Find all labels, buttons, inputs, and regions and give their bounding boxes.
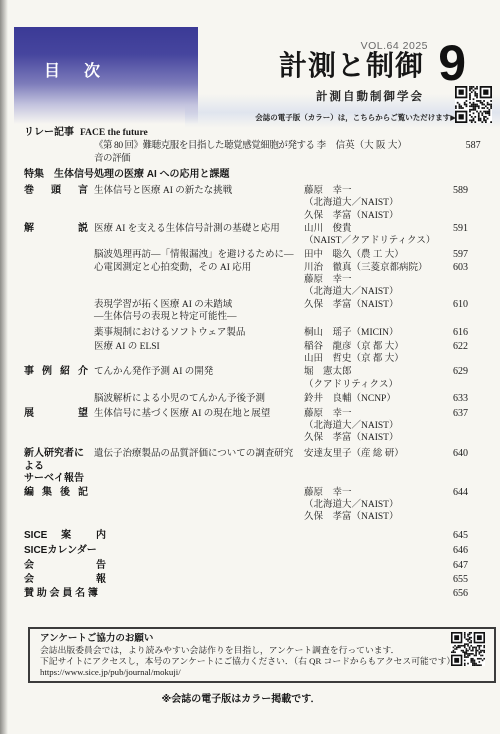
survey-line-1: 会誌出版委員会では，より読みやすい会誌作りを目指し，アンケート調査を行っています… bbox=[40, 645, 442, 656]
toc-page-number: 597 bbox=[440, 249, 468, 262]
toc-authors: 鈴井 良輔（NCNP） bbox=[302, 393, 440, 405]
toc-section-label: 事 例 紹 介 bbox=[24, 366, 88, 379]
publisher-name: 計測自動制御学会 bbox=[316, 88, 424, 104]
issue-number: 9 bbox=[438, 38, 466, 88]
toc-row: 特集 生体信号処理の医療 AI への応用と課題 bbox=[24, 169, 468, 182]
toc-page-number: 656 bbox=[440, 588, 468, 601]
toc-page-number: 645 bbox=[440, 530, 468, 543]
toc-section-label: 賛 助 会 員 名 簿 bbox=[24, 588, 106, 601]
toc-authors: 田中 聡久（農 工 大） bbox=[302, 249, 440, 261]
survey-box: アンケートご協力のお願い 会誌出版委員会では，より読みやすい会誌作りを目指し，ア… bbox=[28, 627, 496, 683]
toc-page-number: 629 bbox=[440, 366, 468, 379]
toc-page-number: 644 bbox=[440, 487, 468, 500]
toc-page-number: 591 bbox=[440, 223, 468, 236]
toc-title: 脳波処理再訪—「情報漏洩」を避けるために— bbox=[88, 249, 302, 262]
toc-section-label: 新人研究者による サーベイ報告 bbox=[24, 448, 88, 486]
toc-row: SICE 案 内 645 bbox=[24, 530, 468, 543]
e-version-note: 会誌の電子版（カラー）は，こちらからご覧いただけます▶ bbox=[255, 112, 456, 123]
toc-row: 解 説 医療 AI を支える生体信号計測の基礎と応用 山川 俊貴 （NAIST／… bbox=[24, 223, 468, 247]
color-edition-note: ※会誌の電子版はカラー掲載です． bbox=[28, 690, 454, 705]
toc-row: 心電図測定と心拍変動，その AI 応用 川治 徹真（三菱京都病院） 藤原 幸一 … bbox=[24, 262, 468, 299]
toc-authors: 安達友里子（産 総 研） bbox=[302, 448, 440, 460]
toc-title: 生体信号と医療 AI の新たな挑戦 bbox=[88, 185, 302, 198]
toc-row: 会 報 655 bbox=[24, 574, 468, 587]
toc-title: 心電図測定と心拍変動，その AI 応用 bbox=[88, 262, 302, 275]
toc-row: 表現学習が拓く医療 AI の未踏域 —生体信号の表現と特定可能性— 久保 孝富（… bbox=[24, 299, 468, 325]
toc-section-label: SICEカレンダー bbox=[24, 545, 106, 558]
toc-row: 《第 80 回》難聴克服を目指した聴覚感覚細胞が発する 音の評価 李 信英（大 … bbox=[24, 140, 468, 166]
qr-code-icon bbox=[451, 632, 485, 666]
survey-title: アンケートご協力のお願い bbox=[40, 633, 442, 645]
toc-row: 展 望 生体信号に基づく医療 AI の現在地と展望 藤原 幸一 （北海道大／NA… bbox=[24, 408, 468, 445]
toc-section-label: SICE 案 内 bbox=[24, 530, 106, 543]
toc-section-label: 巻 頭 言 bbox=[24, 185, 88, 198]
toc-row: 巻 頭 言 生体信号と医療 AI の新たな挑戦 藤原 幸一 （北海道大／NAIS… bbox=[24, 185, 468, 222]
toc-banner: 目 次 bbox=[14, 27, 198, 124]
journal-title: 計測と制御 bbox=[279, 52, 424, 80]
toc-title: 《第 80 回》難聴克服を目指した聴覚感覚細胞が発する 音の評価 bbox=[88, 140, 315, 166]
toc-authors: 藤原 幸一 （北海道大／NAIST） 久保 孝富（NAIST） bbox=[302, 408, 440, 445]
toc-title: 脳波解析による小児のてんかん予後予測 bbox=[88, 393, 302, 406]
survey-url: https://www.sice.jp/pub/journal/mokuji/ bbox=[40, 667, 442, 678]
toc-row: 脳波解析による小児のてんかん予後予測 鈴井 良輔（NCNP） 633 bbox=[24, 393, 468, 406]
toc-authors: 桐山 瑶子（MICIN） bbox=[302, 327, 440, 339]
survey-line-2: 下記サイトにアクセスし，本号のアンケートにご協力ください．（右 QR コードから… bbox=[40, 656, 442, 667]
toc-row: 医療 AI の ELSI 稲谷 龍彦（京 都 大） 山田 哲史（京 都 大） 6… bbox=[24, 341, 468, 365]
toc-section-label: 会 報 bbox=[24, 574, 106, 587]
scan-edge bbox=[0, 0, 8, 734]
page-title: 目 次 bbox=[44, 58, 104, 81]
toc-section-label: 会 告 bbox=[24, 560, 106, 573]
toc-title: 医療 AI を支える生体信号計測の基礎と応用 bbox=[88, 223, 302, 236]
toc-authors: 久保 孝富（NAIST） bbox=[302, 299, 440, 311]
toc-title: 遺伝子治療製品の品質評価についての調査研究 bbox=[88, 448, 302, 461]
toc-authors: 李 信英（大 阪 大） bbox=[315, 140, 453, 152]
toc-row: 脳波処理再訪—「情報漏洩」を避けるために— 田中 聡久（農 工 大） 597 bbox=[24, 249, 468, 262]
toc-authors: 藤原 幸一 （北海道大／NAIST） 久保 孝富（NAIST） bbox=[302, 185, 440, 222]
toc-page-number: 647 bbox=[440, 560, 468, 573]
toc-page-number: 622 bbox=[440, 341, 468, 354]
qr-code-icon bbox=[455, 86, 492, 123]
toc-section-label: 特集 bbox=[24, 169, 50, 182]
toc-row: SICEカレンダー 646 bbox=[24, 545, 468, 558]
toc-title: 生体信号処理の医療 AI への応用と課題 bbox=[50, 169, 468, 182]
toc-page-number: 589 bbox=[440, 185, 468, 198]
toc-authors: 堀 憲太郎 （クアドリティクス） bbox=[302, 366, 440, 390]
toc-title: 生体信号に基づく医療 AI の現在地と展望 bbox=[88, 408, 302, 421]
toc-title: FACE the future bbox=[80, 127, 468, 140]
toc-authors: 藤原 幸一 （北海道大／NAIST） 久保 孝富（NAIST） bbox=[302, 487, 440, 524]
toc-page-number: 633 bbox=[440, 393, 468, 406]
toc-row: 新人研究者による サーベイ報告 遺伝子治療製品の品質評価についての調査研究 安達… bbox=[24, 448, 468, 486]
toc-page-number: 646 bbox=[440, 545, 468, 558]
toc-page-number: 603 bbox=[440, 262, 468, 275]
toc-row: 事 例 紹 介 てんかん発作予測 AI の開発 堀 憲太郎 （クアドリティクス）… bbox=[24, 366, 468, 390]
toc-row: 編 集 後 記 藤原 幸一 （北海道大／NAIST） 久保 孝富（NAIST） … bbox=[24, 487, 468, 524]
toc-page-number: 655 bbox=[440, 574, 468, 587]
toc-page-number: 637 bbox=[440, 408, 468, 421]
toc-section-label: 解 説 bbox=[24, 223, 88, 236]
toc-row: リレー記事 FACE the future bbox=[24, 127, 468, 140]
toc-page-number: 610 bbox=[440, 299, 468, 312]
toc-authors: 山川 俊貴 （NAIST／クアドリティクス） bbox=[302, 223, 440, 247]
toc-page-number: 640 bbox=[440, 448, 468, 461]
toc-row: 賛 助 会 員 名 簿 656 bbox=[24, 588, 468, 601]
toc-title: 薬事規制におけるソフトウェア製品 bbox=[88, 327, 302, 340]
toc-section-label: 編 集 後 記 bbox=[24, 487, 88, 500]
toc-page-number: 616 bbox=[440, 327, 468, 340]
toc-title: てんかん発作予測 AI の開発 bbox=[88, 366, 302, 379]
scanned-toc-page: { "header": { "toc_label": "目 次", "volum… bbox=[0, 0, 500, 734]
toc-section-label: リレー記事 bbox=[24, 127, 80, 140]
toc-row: 会 告 647 bbox=[24, 560, 468, 573]
toc-page-number: 587 bbox=[453, 140, 481, 153]
table-of-contents: リレー記事 FACE the future 《第 80 回》難聴克服を目指した聴… bbox=[24, 127, 468, 600]
toc-authors: 川治 徹真（三菱京都病院） 藤原 幸一 （北海道大／NAIST） bbox=[302, 262, 440, 299]
toc-title: 表現学習が拓く医療 AI の未踏域 —生体信号の表現と特定可能性— bbox=[88, 299, 302, 325]
toc-authors: 稲谷 龍彦（京 都 大） 山田 哲史（京 都 大） bbox=[302, 341, 440, 365]
toc-row: 薬事規制におけるソフトウェア製品 桐山 瑶子（MICIN） 616 bbox=[24, 327, 468, 340]
toc-title: 医療 AI の ELSI bbox=[88, 341, 302, 354]
toc-section-label: 展 望 bbox=[24, 408, 88, 421]
